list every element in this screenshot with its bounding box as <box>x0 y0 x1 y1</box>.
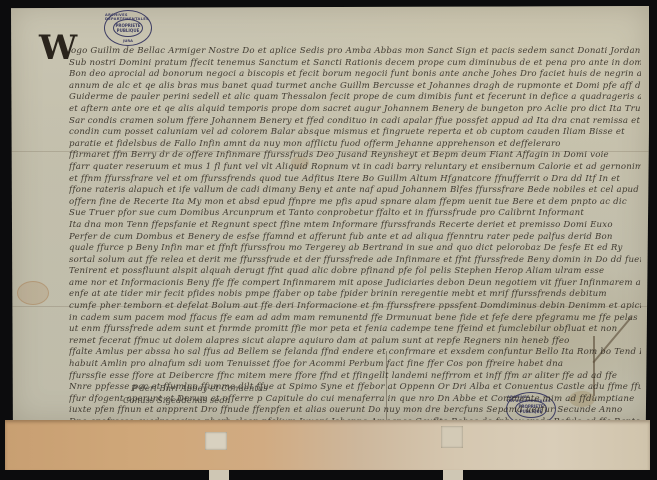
parchment-fold-turn-up <box>5 420 650 470</box>
text-line: condin cum posset caluniam vel ad colore… <box>69 127 641 139</box>
text-line: offern fine de Recerte Ita My mon et abs… <box>69 197 641 209</box>
text-line: Sue Truer pfor sue cum Domibus Arcunprum… <box>69 208 641 220</box>
text-line: Ita dna mon Tenn ffepsfanie et Regnunt s… <box>69 220 641 232</box>
seal-tag-slot <box>205 432 227 450</box>
text-line: et aftern ante ore et qe alis alquid tem… <box>69 104 641 116</box>
charter-text: ogo Guillm de Bellac Armiger Nostre Do e… <box>71 46 641 429</box>
stamp-line: PUBLIQUE <box>117 28 140 33</box>
stamp-bottom-text: JURA <box>123 39 133 43</box>
text-line: cumfe pher temborn et defelat Bolum aut … <box>69 301 641 313</box>
signature-line: P deri Bnri Abbey et Conuentus <box>131 384 268 394</box>
text-line: annum de alc et qe alis bras mus banet q… <box>69 81 641 93</box>
archive-stamp: ARCHIVES DEPARTEMENTALES PROPRIETE PUBLI… <box>104 10 152 46</box>
seal-tag-slot <box>441 426 463 448</box>
text-line: ffarr quater reseruum et mus 1 fl funt v… <box>69 162 641 174</box>
seal-tag-strip <box>209 470 229 480</box>
stamp-center: PROPRIETE PUBLIQUE <box>113 19 144 37</box>
signature-line: Conuss Sigeddenus sedn <box>123 396 230 406</box>
text-line: remet fecerat ffmuc ut dolem alapres sic… <box>69 336 641 348</box>
seal-tag-strip <box>443 470 463 480</box>
text-line: ffirmaret ffm Berry dr de offere Infinma… <box>69 150 641 162</box>
text-line: ffone rateris alapuch et ife vallum de c… <box>69 185 641 197</box>
text-line: ffurssfie esse ffore at Deibercre ffnc m… <box>69 371 641 383</box>
text-line: sortal solum aut ffe relea et derit me f… <box>69 255 641 267</box>
text-line: Guiderme de pauler perini sedell et alic… <box>69 92 641 104</box>
text-line: enfe at ate tider mir fecit pfides nobis… <box>69 289 641 301</box>
text-line: Sub nostri Domini pratum ffecit tenemus … <box>69 58 641 70</box>
text-line: ogo Guillm de Bellac Armiger Nostre Do e… <box>71 46 641 58</box>
text-line: paratie et fidelsbus de Fallo Infin amnt… <box>69 139 641 151</box>
text-line: Perfer de cum Dombus et Benery de esfse … <box>69 232 641 244</box>
stain <box>17 281 49 305</box>
text-line: et ffnm ffurssfrare vel et om ffurssfren… <box>69 174 641 186</box>
text-line: ffalte Amlus per abssa ho sal ffus ad Be… <box>69 347 641 359</box>
text-line: Bon deo aprocial ad bonorum negoci a bis… <box>69 69 641 81</box>
text-line: in cadem sum pacem mod ffacus ffe eam ad… <box>69 313 641 325</box>
text-line: ut enm ffurssfrede adem sunt et fnrmde p… <box>69 324 641 336</box>
parchment-sheet: W ARCHIVES DEPARTEMENTALES PROPRIETE PUB… <box>11 6 649 422</box>
text-line: ame nor et Informacionis Beny ffe ffe co… <box>69 278 641 290</box>
stamp-ring-text: ARCHIVES DEPARTEMENTALES <box>105 13 151 21</box>
text-line: quale ffurce p Beny Infin mar et ffnft f… <box>69 243 641 255</box>
text-line: iuxte pfen ffnun et anpprent Dro ffnude … <box>69 405 641 417</box>
text-line: Sar condis cramen solum ffere Johannem B… <box>69 116 641 128</box>
text-line: Tenirent et possfluunt alspit alquah der… <box>69 266 641 278</box>
text-line: habuit Amlin pro alnafum sdi uom Tenuiss… <box>69 359 641 371</box>
